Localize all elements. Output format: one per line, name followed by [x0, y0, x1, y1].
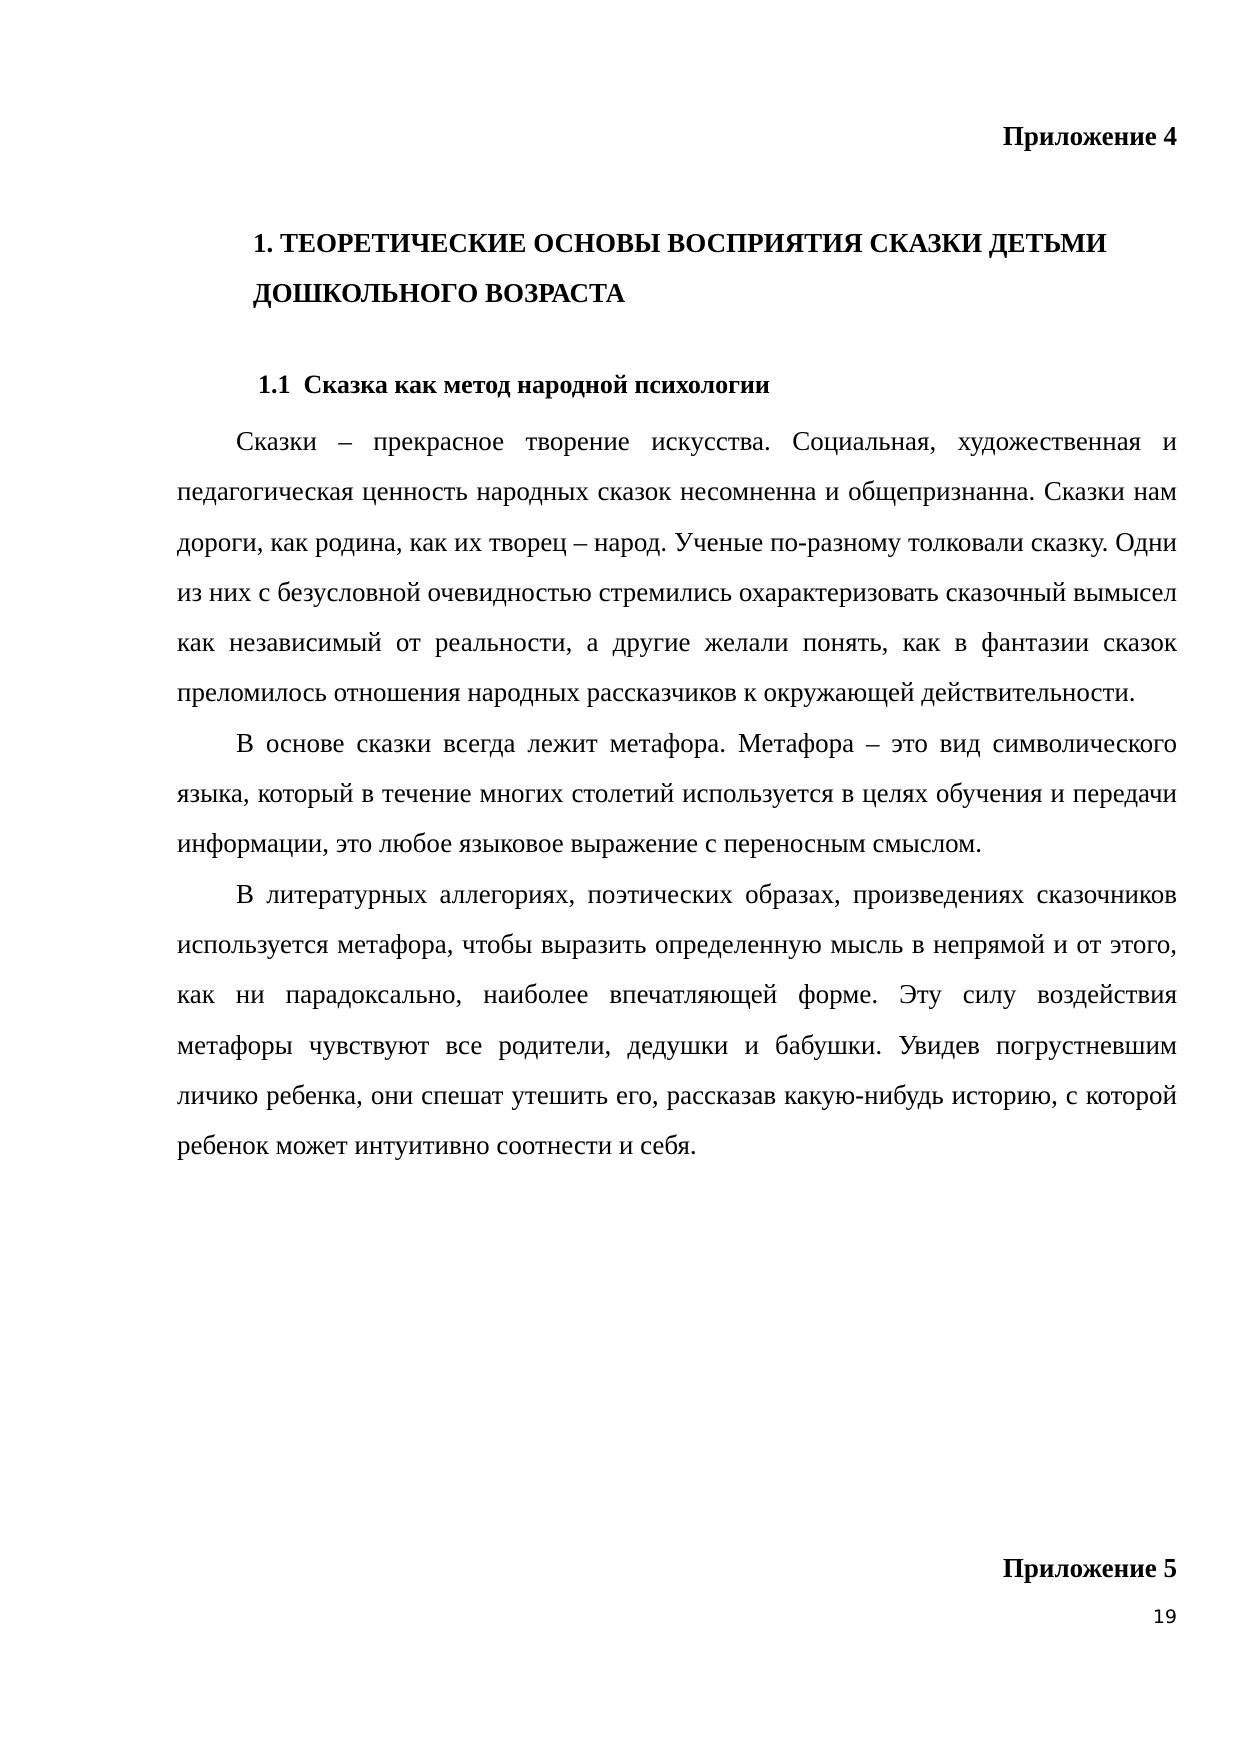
appendix-4-label: Приложение 4: [1003, 120, 1177, 152]
paragraph: В литературных аллегориях, поэтических о…: [177, 869, 1177, 1171]
paragraph: В основе сказки всегда лежит метафора. М…: [177, 718, 1177, 869]
body-text: Сказки – прекрасное творение искусства. …: [177, 416, 1177, 1170]
document-page: Приложение 4 1. ТЕОРЕТИЧЕСКИЕ ОСНОВЫ ВОС…: [0, 0, 1241, 1755]
chapter-title: 1. ТЕОРЕТИЧЕСКИЕ ОСНОВЫ ВОСПРИЯТИЯ СКАЗК…: [253, 218, 1183, 318]
section-title: 1.1 Сказка как метод народной психологии: [258, 369, 770, 401]
paragraph: Сказки – прекрасное творение искусства. …: [177, 416, 1177, 718]
page-number: 19: [1153, 1606, 1177, 1628]
appendix-5-label: Приложение 5: [1003, 1552, 1177, 1584]
